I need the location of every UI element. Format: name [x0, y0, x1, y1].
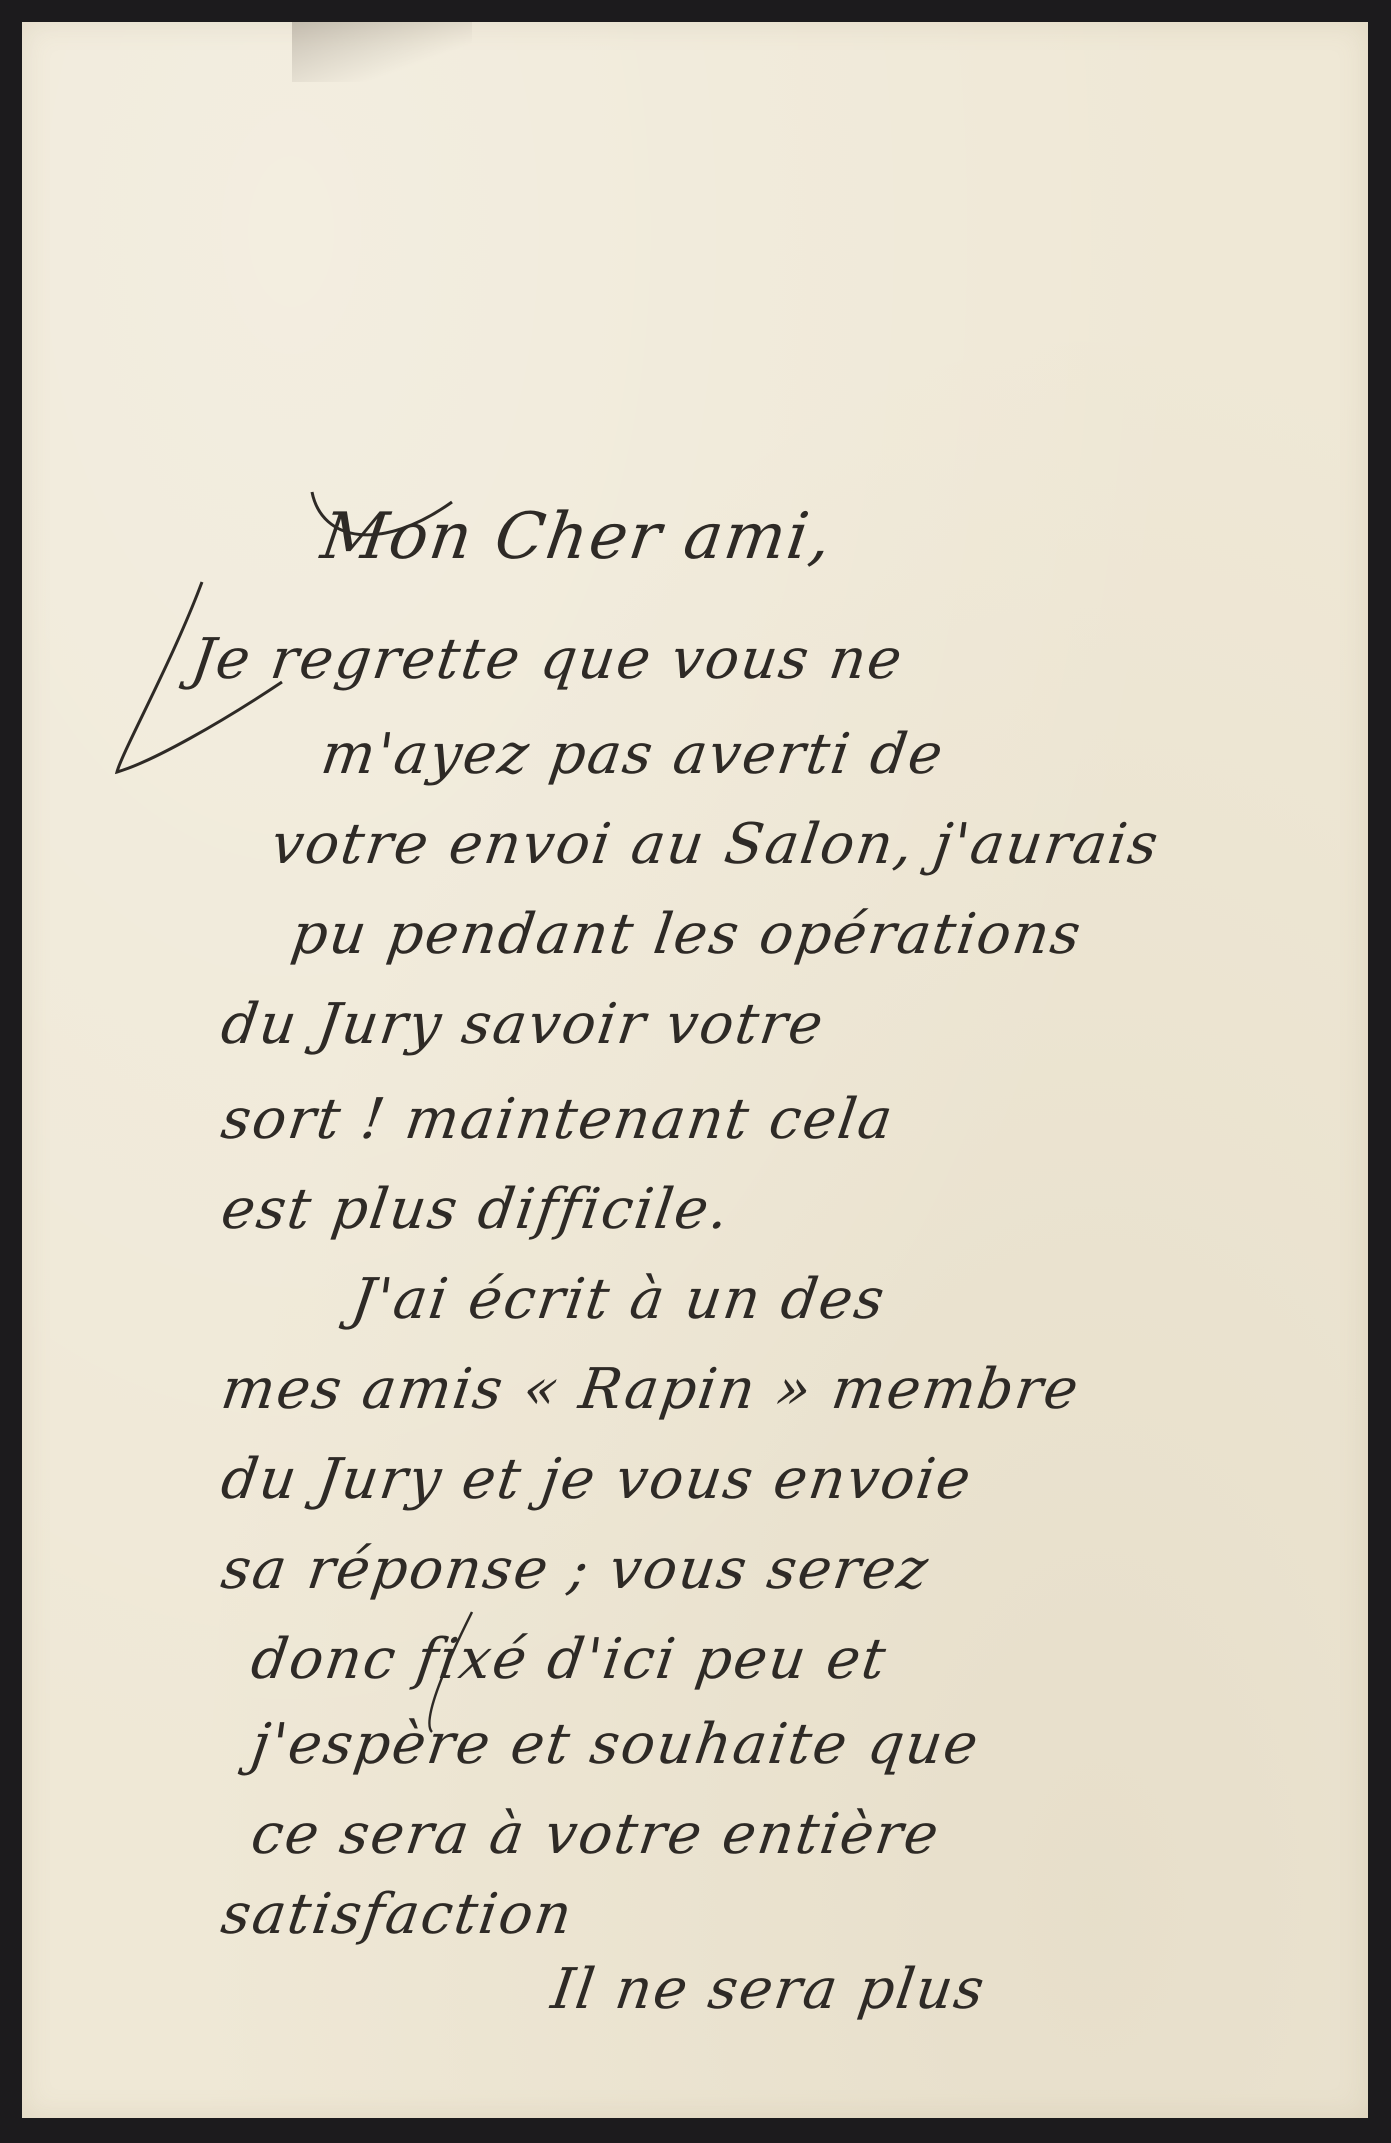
letter-line: du Jury et je vous envoie — [217, 1447, 976, 1512]
paper-fold-shadow — [292, 22, 472, 82]
letter-salutation: Mon Cher ami, — [317, 500, 838, 574]
letter-line: j'espère et souhaite que — [247, 1712, 983, 1777]
letter-line: pu pendant les opérations — [287, 902, 1086, 967]
letter-line: J'ai écrit à un des — [347, 1267, 889, 1332]
letter-line: votre envoi au Salon, j'aurais — [267, 812, 1163, 877]
letter-line: sa réponse ; vous serez — [217, 1537, 933, 1602]
letter-line: m'ayez pas averti de — [317, 722, 948, 787]
letter-line: Je regrette que vous ne — [187, 627, 907, 692]
letter-line: Il ne sera plus — [547, 1957, 989, 2022]
letter-line: mes amis « Rapin » membre — [217, 1357, 1084, 1422]
letter-line: sort ! maintenant cela — [217, 1087, 898, 1152]
letter-page: Mon Cher ami, Je regrette que vous ne m'… — [22, 22, 1368, 2118]
letter-line: donc fixé d'ici peu et — [247, 1627, 891, 1692]
letter-line: satisfaction — [217, 1882, 577, 1947]
letter-line: du Jury savoir votre — [217, 992, 828, 1057]
letter-line: ce sera à votre entière — [247, 1802, 944, 1867]
letter-line: est plus difficile. — [217, 1177, 734, 1242]
